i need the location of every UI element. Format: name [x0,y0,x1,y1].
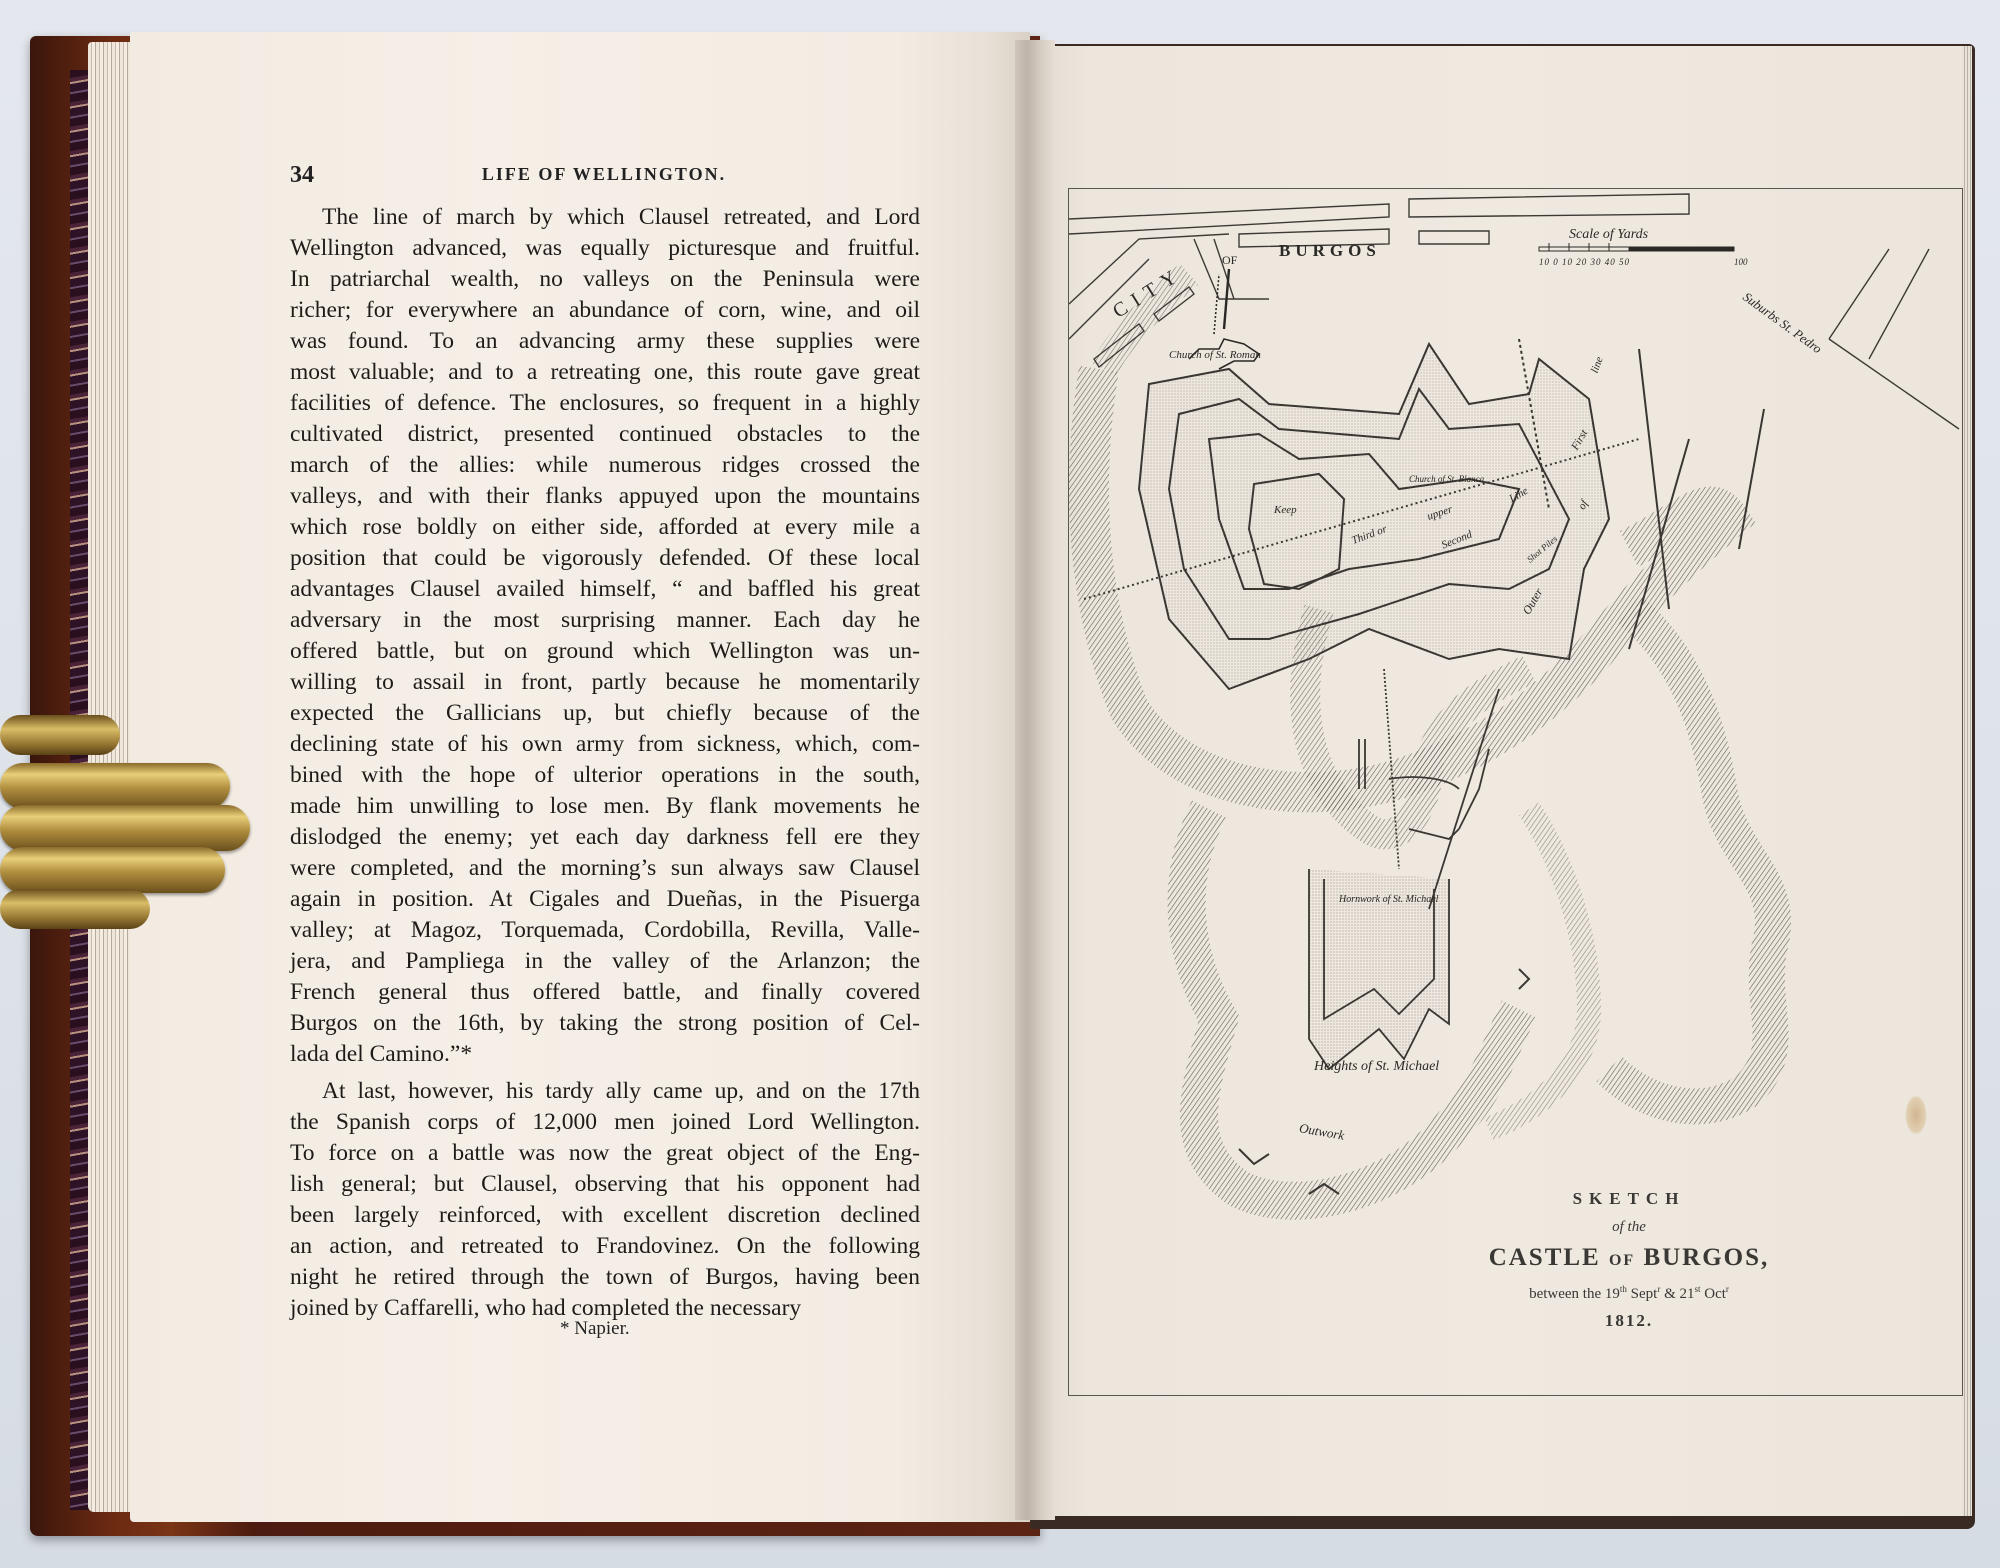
text-line: most valuable; and to a retreating one, … [290,357,920,388]
map-label-keep: Keep [1274,504,1297,516]
foxing-stain [1905,1095,1927,1135]
text-line: night he retired through the town of Bur… [290,1262,920,1293]
title-burgos-word: BURGOS, [1643,1244,1769,1271]
dates-oct-sup: r [1726,1284,1729,1294]
dates-amp: & 21 [1660,1286,1694,1302]
text-line: declining state of his own army from sic… [290,729,920,760]
text-line: bined with the hope of ulterior operatio… [290,760,920,791]
hand-thumb [0,715,120,755]
text-line: was found. To an advancing army these su… [290,326,920,357]
running-head: 34 LIFE OF WELLINGTON. [290,160,918,190]
scale-end: 100 [1734,257,1748,267]
text-line: To force on a battle was now the great o… [290,1138,920,1169]
title-dates: between the 19th Septr & 21st Octr [1449,1284,1809,1303]
book-gutter [1015,40,1055,1520]
dates-oct: Oct [1701,1286,1726,1302]
hand-finger [0,847,225,893]
scale-title: Scale of Yards [1569,227,1648,243]
hand-palm [0,889,150,929]
title-of-word: OF [1609,1252,1635,1269]
footnote: * Napier. [560,1318,630,1340]
title-castle-word: CASTLE [1489,1244,1601,1271]
text-line: Wellington advanced, was equally picture… [290,233,920,264]
text-line: position that could be vigorously defend… [290,543,920,574]
map-label-church-roman: Church of St. Roman [1169,349,1261,361]
right-page-edges [1962,46,1972,1516]
text-line: advantages Clausel availed himself, “ an… [290,574,920,605]
text-line: adversary in the most surprising manner.… [290,605,920,636]
text-line: dislodged the enemy; yet each day darkne… [290,822,920,853]
title-sketch: SKETCH [1449,1189,1809,1209]
text-line: facilities of defence. The enclosures, s… [290,388,920,419]
text-line: were completed, and the morning’s sun al… [290,853,920,884]
map-title-block: SKETCH of the CASTLE OF BURGOS, between … [1449,1189,1809,1331]
text-line: lada del Camino.”* [290,1039,920,1070]
text-line: At last, however, his tardy ally came up… [290,1076,920,1107]
text-line: valleys, and with their flanks appuyed u… [290,481,920,512]
map-label-burgos: BURGOS [1279,241,1381,261]
paragraph-1: The line of march by which Clausel retre… [290,202,920,1070]
text-line: jera, and Pampliega in the valley of the… [290,946,920,977]
map-label-hornwork: Hornwork of St. Michael [1339,894,1438,905]
text-line: again in position. At Cigales and Dueñas… [290,884,920,915]
text-line: expected the Gallicians up, but chiefly … [290,698,920,729]
dates-between: between the 19 [1529,1286,1620,1302]
text-line: In patriarchal wealth, no valleys on the… [290,264,920,295]
title-castle: CASTLE OF BURGOS, [1449,1244,1809,1272]
map-label-church-blanca: Church of St. Blanca [1409,474,1484,484]
text-line: offered battle, but on ground which Well… [290,636,920,667]
text-line: lish general; but Clausel, observing tha… [290,1169,920,1200]
text-line: French general thus offered battle, and … [290,977,920,1008]
text-line: richer; for everywhere an abundance of c… [290,295,920,326]
text-line: which rose boldly on either side, afford… [290,512,920,543]
text-line: made him unwilling to lose men. By flank… [290,791,920,822]
paragraph-2: At last, however, his tardy ally came up… [290,1076,920,1324]
text-line: been largely reinforced, with excellent … [290,1200,920,1231]
text-line: cultivated district, presented continued… [290,419,920,450]
brass-hand-page-weight [0,705,250,905]
map-plate: CITY OF BURGOS Scale of Yards 10 0 10 20… [1068,188,1963,1396]
title-year: 1812. [1449,1311,1809,1331]
dates-th: th [1620,1284,1627,1294]
text-line: valley; at Magoz, Torquemada, Cordobilla… [290,915,920,946]
running-title: LIFE OF WELLINGTON. [290,164,918,185]
hand-finger [0,763,230,809]
text-line: Burgos on the 16th, by taking the strong… [290,1008,920,1039]
scale-ticks: 10 0 10 20 30 40 50 [1539,257,1630,267]
body-text: The line of march by which Clausel retre… [290,202,920,1324]
dates-sept: Sept [1627,1286,1657,1302]
text-line: march of the allies: while numerous ridg… [290,450,920,481]
text-line: The line of march by which Clausel retre… [290,202,920,233]
hand-finger [0,805,250,851]
text-line: willing to assail in front, partly becau… [290,667,920,698]
title-of-the: of the [1449,1219,1809,1236]
map-label-of: OF [1222,253,1237,268]
text-line: an action, and retreated to Frandovinez.… [290,1231,920,1262]
map-label-heights: Heights of St. Michael [1314,1059,1439,1075]
text-line: the Spanish corps of 12,000 men joined L… [290,1107,920,1138]
